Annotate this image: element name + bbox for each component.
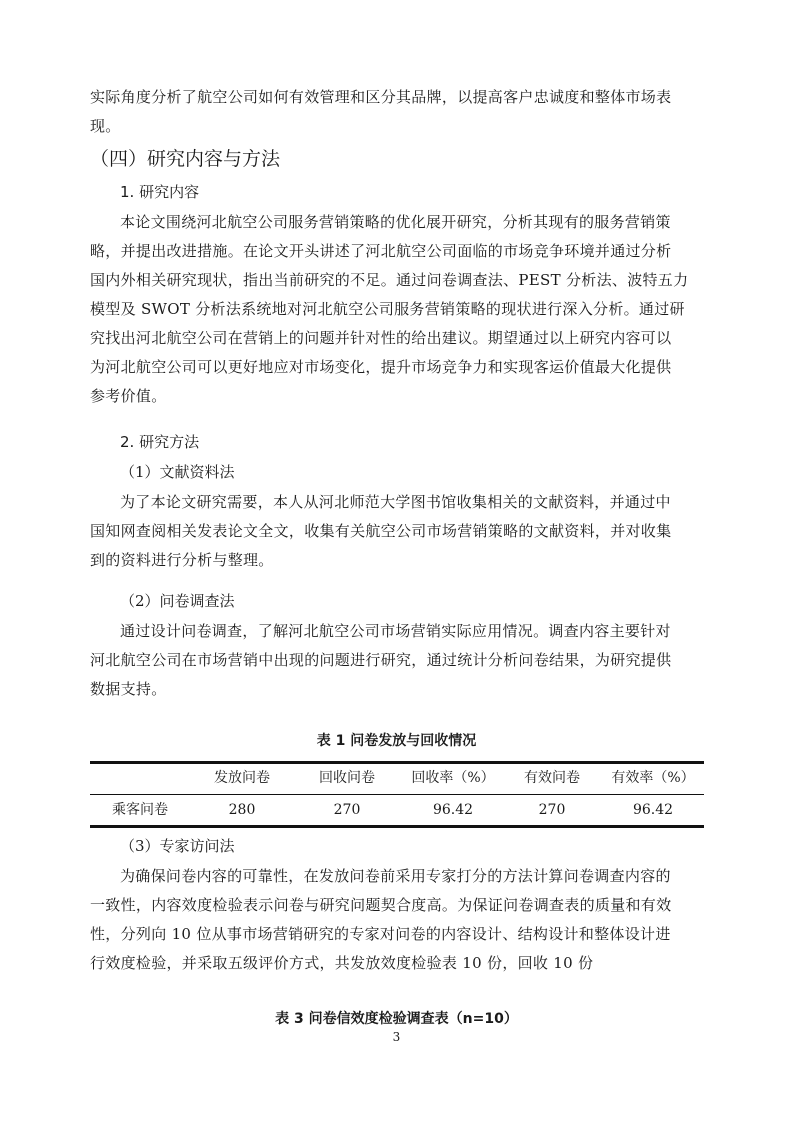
paragraph-line: 模型及 SWOT 分析法系统地对河北航空公司服务营销策略的现状进行深入分析。通过… (90, 299, 702, 319)
document-page: 实际角度分析了航空公司如何有效管理和区分其品牌，以提高客户忠诚度和整体市场表 现… (0, 0, 793, 1122)
paragraph-line: 性，分列向 10 位从事市场营销研究的专家对问卷的内容设计、结构设计和整体设计进 (90, 924, 702, 944)
table-header-cell: 回收问卷 (297, 768, 397, 788)
method-heading-expert-interview: （3）专家访问法 (120, 836, 235, 856)
table-header-cell: 有效率（%） (593, 768, 713, 788)
table-cell: 96.42 (393, 800, 513, 820)
table-cell: 270 (502, 800, 602, 820)
subsection-heading-research-content: 1. 研究内容 (120, 182, 199, 202)
paragraph-line: 一致性，内容效度检验表示问卷与研究问题契合度高。为保证问卷调查表的质量和有效 (90, 895, 702, 915)
paragraph-line: 行效度检验，并采取五级评价方式，共发放效度检验表 10 份，回收 10 份 (90, 953, 702, 973)
paragraph-line: 国内外相关研究现状，指出当前研究的不足。通过问卷调查法、PEST 分析法、波特五… (90, 270, 702, 290)
paragraph-line: 参考价值。 (90, 386, 702, 406)
table-row-label: 乘客问卷 (90, 800, 190, 820)
table-header-cell: 发放问卷 (192, 768, 292, 788)
paragraph-line: 现。 (90, 116, 702, 136)
method-heading-literature: （1）文献资料法 (120, 462, 235, 482)
table-cell: 96.42 (593, 800, 713, 820)
paragraph-line: 本论文围绕河北航空公司服务营销策略的优化展开研究，分析其现有的服务营销策 (120, 212, 702, 232)
paragraph-line: 略，并提出改进措施。在论文开头讲述了河北航空公司面临的市场竞争环境并通过分析 (90, 241, 702, 261)
table-cell: 270 (297, 800, 397, 820)
paragraph-line: 国知网查阅相关发表论文全文，收集有关航空公司市场营销策略的文献资料，并对收集 (90, 521, 702, 541)
table-top-rule (90, 761, 704, 764)
table-3-caption: 表 3 问卷信效度检验调查表（n=10） (0, 1009, 793, 1029)
paragraph-line: 数据支持。 (90, 679, 702, 699)
paragraph-line: 为河北航空公司可以更好地应对市场变化，提升市场竞争力和实现客运价值最大化提供 (90, 357, 702, 377)
paragraph-line: 究找出河北航空公司在营销上的问题并针对性的给出建议。期望通过以上研究内容可以 (90, 328, 702, 348)
subsection-heading-research-methods: 2. 研究方法 (120, 432, 199, 452)
table-1-caption: 表 1 问卷发放与回收情况 (0, 731, 793, 751)
table-header-cell: 有效问卷 (502, 768, 602, 788)
page-number: 3 (0, 1029, 793, 1045)
table-header-cell: 回收率（%） (393, 768, 513, 788)
table-bottom-rule (90, 825, 704, 828)
paragraph-line: 河北航空公司在市场营销中出现的问题进行研究，通过统计分析问卷结果，为研究提供 (90, 650, 702, 670)
table-header-rule (90, 794, 704, 795)
paragraph-line: 为确保问卷内容的可靠性，在发放问卷前采用专家打分的方法计算问卷调查内容的 (120, 866, 702, 886)
section-heading: （四）研究内容与方法 (90, 147, 280, 171)
method-heading-questionnaire: （2）问卷调查法 (120, 591, 235, 611)
paragraph-line: 实际角度分析了航空公司如何有效管理和区分其品牌，以提高客户忠诚度和整体市场表 (90, 87, 702, 107)
paragraph-line: 通过设计问卷调查，了解河北航空公司市场营销实际应用情况。调查内容主要针对 (120, 621, 702, 641)
paragraph-line: 到的资料进行分析与整理。 (90, 550, 702, 570)
paragraph-line: 为了本论文研究需要，本人从河北师范大学图书馆收集相关的文献资料，并通过中 (120, 492, 702, 512)
table-cell: 280 (192, 800, 292, 820)
